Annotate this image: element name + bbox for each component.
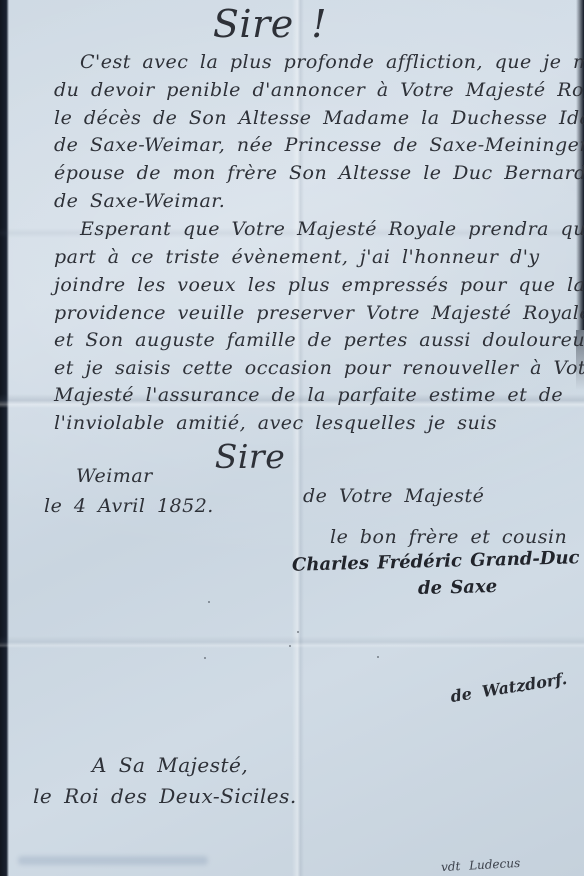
ink-speck (297, 631, 299, 633)
body-line: l'inviolable amitié, avec lesquelles je … (54, 409, 497, 437)
ink-speck (204, 657, 206, 659)
archival-annotation: vdt Ludecus (440, 849, 521, 876)
date-line: le 4 Avril 1852. (44, 492, 214, 520)
body-line: et je saisis cette occasion pour renouve… (54, 354, 584, 382)
body-line: de Saxe-Weimar, née Princesse de Saxe-Me… (54, 131, 584, 159)
body-line: Esperant que Votre Majesté Royale prendr… (80, 215, 584, 243)
body-line: de Saxe-Weimar. (54, 187, 225, 215)
horizontal-fold-crease-lower (0, 636, 584, 648)
body-line: providence veuille preserver Votre Majes… (54, 299, 584, 327)
ink-speck (377, 656, 379, 658)
body-line: du devoir penible d'annoncer à Votre Maj… (54, 76, 584, 104)
faint-marking (18, 856, 208, 865)
ink-speck (289, 645, 291, 647)
body-line: et Son auguste famille de pertes aussi d… (54, 326, 584, 354)
body-line: épouse de mon frère Son Altesse le Duc B… (54, 159, 584, 187)
address-line: le Roi des Deux-Siciles. (33, 782, 297, 810)
valediction-line: de Votre Majesté (303, 482, 484, 510)
body-line: le décès de Son Altesse Madame la Duches… (54, 104, 584, 132)
address-line: A Sa Majesté, (92, 751, 248, 779)
ink-speck (208, 601, 210, 603)
body-line: C'est avec la plus profonde affliction, … (80, 48, 584, 76)
salutation: Sire ! (0, 2, 562, 46)
body-line: joindre les voeux les plus empressés pou… (54, 271, 584, 299)
body-line: part à ce triste évènement, j'ai l'honne… (54, 243, 540, 271)
letter-page: Sire ! C'est avec la plus profonde affli… (0, 0, 584, 876)
countersignature: de Watzdorf. (449, 665, 569, 711)
place-line: Weimar (76, 462, 153, 490)
signature-second-line: de Saxe (418, 573, 498, 603)
body-line: Majesté l'assurance de la parfaite estim… (54, 381, 563, 409)
